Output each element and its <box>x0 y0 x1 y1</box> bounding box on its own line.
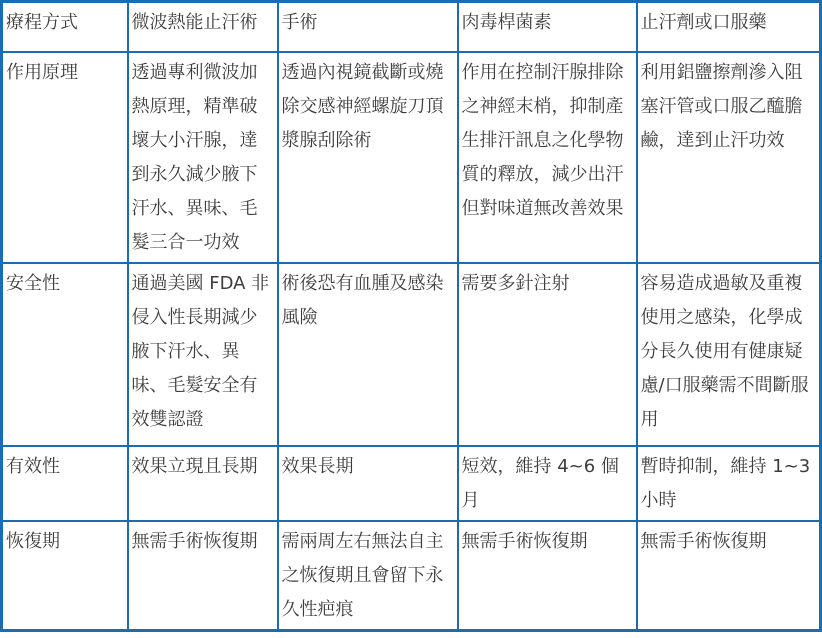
cell-safety-surgery: 術後恐有血腫及感染風險 <box>278 263 458 446</box>
treatment-comparison-table: 療程方式 微波熱能止汗術 手術 肉毒桿菌素 止汗劑或口服藥 作用原理 透過專利微… <box>0 0 822 632</box>
header-row: 療程方式 微波熱能止汗術 手術 肉毒桿菌素 止汗劑或口服藥 <box>2 2 821 52</box>
row-recovery: 恢復期 無需手術恢復期 需兩周左右無法自主之恢復期且會留下永久性疤痕 無需手術恢… <box>2 521 821 631</box>
row-mechanism: 作用原理 透過專利微波加熱原理，精準破壞大小汗腺，達到永久減少腋下汗水、異味、毛… <box>2 52 821 263</box>
row-label-mechanism: 作用原理 <box>2 52 128 263</box>
cell-safety-botox: 需要多針注射 <box>458 263 637 446</box>
cell-effectiveness-botox: 短效，維持 4~6 個月 <box>458 446 637 521</box>
row-effectiveness: 有效性 效果立現且長期 效果長期 短效，維持 4~6 個月 暫時抑制，維持 1~… <box>2 446 821 521</box>
cell-effectiveness-surgery: 效果長期 <box>278 446 458 521</box>
cell-mechanism-antiperspirant: 利用鋁鹽擦劑滲入阻塞汗管或口服乙醯膽鹼，達到止汗功效 <box>637 52 821 263</box>
cell-recovery-surgery: 需兩周左右無法自主之恢復期且會留下永久性疤痕 <box>278 521 458 631</box>
page-root: 療程方式 微波熱能止汗術 手術 肉毒桿菌素 止汗劑或口服藥 作用原理 透過專利微… <box>0 0 822 638</box>
header-cell-microwave: 微波熱能止汗術 <box>128 2 278 52</box>
cell-recovery-antiperspirant: 無需手術恢復期 <box>637 521 821 631</box>
cell-mechanism-microwave: 透過專利微波加熱原理，精準破壞大小汗腺，達到永久減少腋下汗水、異味、毛髮三合一功… <box>128 52 278 263</box>
row-label-recovery: 恢復期 <box>2 521 128 631</box>
cell-safety-antiperspirant: 容易造成過敏及重複使用之感染，化學成分長久使用有健康疑慮/口服藥需不間斷服用 <box>637 263 821 446</box>
cell-mechanism-botox: 作用在控制汗腺排除之神經末梢，抑制產生排汗訊息之化學物質的釋放，減少出汗但對味道… <box>458 52 637 263</box>
cell-recovery-botox: 無需手術恢復期 <box>458 521 637 631</box>
header-cell-method: 療程方式 <box>2 2 128 52</box>
row-label-safety: 安全性 <box>2 263 128 446</box>
cell-effectiveness-antiperspirant: 暫時抑制，維持 1~3 小時 <box>637 446 821 521</box>
cell-recovery-microwave: 無需手術恢復期 <box>128 521 278 631</box>
header-cell-antiperspirant: 止汗劑或口服藥 <box>637 2 821 52</box>
cell-effectiveness-microwave: 效果立現且長期 <box>128 446 278 521</box>
header-cell-botox: 肉毒桿菌素 <box>458 2 637 52</box>
header-cell-surgery: 手術 <box>278 2 458 52</box>
cell-safety-microwave: 通過美國 FDA 非侵入性長期減少腋下汗水、異味、毛髮安全有效雙認證 <box>128 263 278 446</box>
row-safety: 安全性 通過美國 FDA 非侵入性長期減少腋下汗水、異味、毛髮安全有效雙認證 術… <box>2 263 821 446</box>
cell-mechanism-surgery: 透過內視鏡截斷或燒除交感神經螺旋刀頂漿腺刮除術 <box>278 52 458 263</box>
row-label-effectiveness: 有效性 <box>2 446 128 521</box>
